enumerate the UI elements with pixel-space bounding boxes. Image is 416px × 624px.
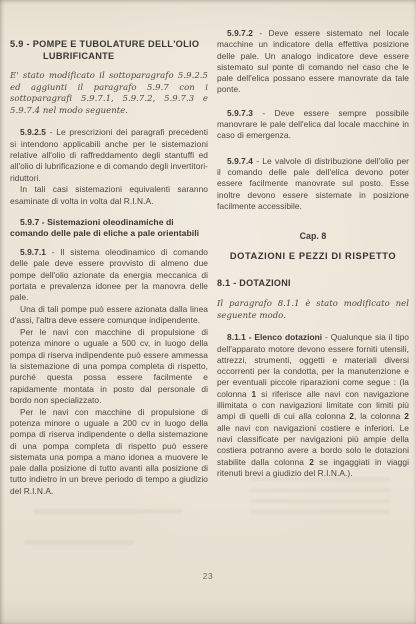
paragraph-5-9-2-5-cont: In tali casi sistemazioni equivalenti sa… (10, 184, 208, 207)
bleed-through-line (24, 540, 134, 545)
amendment-note-8-1-1: Il paragrafo 8.1.1 è stato modificato ne… (217, 299, 409, 322)
paragraph-5-9-7-2: 5.9.7.2 - Deve essere sistemato nel loca… (217, 28, 409, 96)
paragraph-5-9-2-5: 5.9.2.5 - Le prescrizioni dei paragrafi … (10, 127, 208, 183)
right-column: 5.9.7.2 - Deve essere sistemato nel loca… (217, 28, 409, 480)
column-ref-2b: 2 (404, 411, 409, 421)
paragraph-5-9-7-1-cont-1: Una di tali pompe può essere azionata da… (10, 304, 208, 327)
section-heading-8-1: 8.1 - DOTAZIONI (217, 278, 409, 289)
paragraph-number: 5.9.7.1 (20, 247, 46, 257)
section-heading-5-9: 5.9 - POMPE E TUBOLATURE DELL'OLIO LUBRI… (10, 38, 208, 62)
paragraph-5-9-7-1-cont-2: Per le navi con macchine di propulsione … (10, 327, 208, 406)
chapter-title: DOTAZIONI E PEZZI DI RISPETTO (217, 251, 409, 262)
paragraph-number: 5.9.7.4 (227, 156, 253, 166)
bleed-through-line (34, 509, 182, 514)
paragraph-number: 5.9.2.5 (20, 127, 46, 137)
paragraph-5-9-7-1-cont-3: Per le navi con macchine di propulsione … (10, 407, 208, 497)
paragraph-8-1-1: 8.1.1 - Elenco dotazioni - Qualunque sia… (217, 332, 409, 479)
bleed-through-line (268, 64, 378, 68)
paragraph-5-9-7-4: 5.9.7.4 - Le valvole di distribuzione de… (217, 156, 409, 212)
subsection-heading-5-9-7: 5.9.7 - Sistemazioni oleodinamiche di co… (10, 217, 208, 240)
left-column: 5.9 - POMPE E TUBOLATURE DELL'OLIO LUBRI… (10, 38, 208, 497)
paragraph-number: 5.9.7.2 (227, 28, 253, 38)
scanned-document-page: 5.9 - POMPE E TUBOLATURE DELL'OLIO LUBRI… (0, 0, 416, 624)
chapter-label: Cap. 8 (217, 231, 409, 242)
amendment-note-5-9: E' stato modificato il sottoparagrafo 5.… (10, 71, 208, 117)
paragraph-5-9-7-3: 5.9.7.3 - Deve essere sempre possibile m… (217, 108, 409, 142)
bleed-through-block (250, 477, 390, 521)
paragraph-5-9-7-1: 5.9.7.1 - Il sistema oleodinamico di com… (10, 247, 208, 303)
paragraph-text: , la colonna (354, 411, 404, 421)
paragraph-number: 8.1.1 - Elenco dotazioni (227, 332, 322, 342)
page-number: 23 (0, 571, 416, 581)
paragraph-number: 5.9.7.3 (227, 108, 253, 118)
